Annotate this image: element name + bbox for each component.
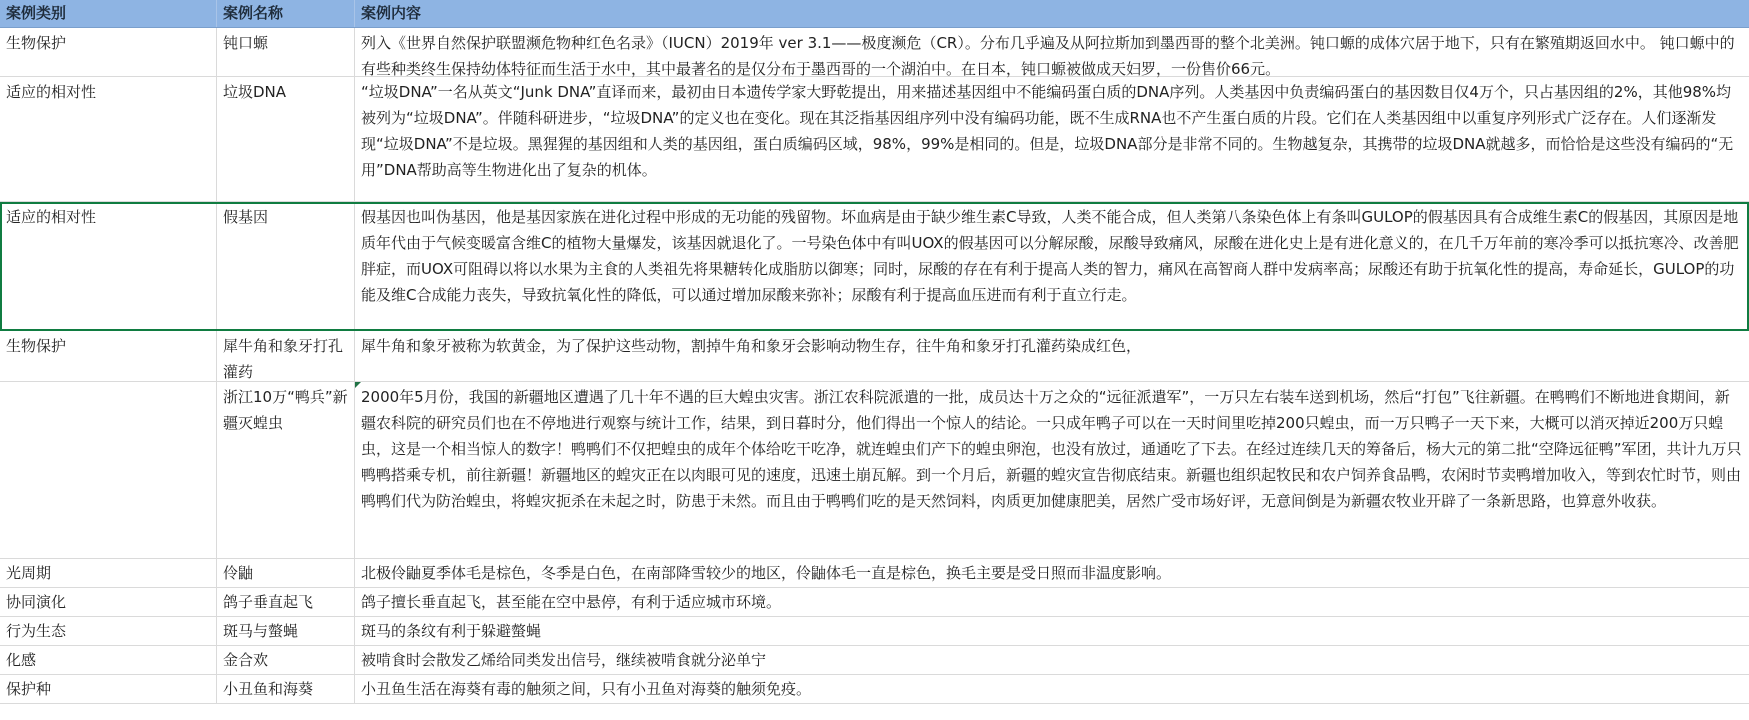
cell-category[interactable]: 适应的相对性 [0, 202, 217, 330]
cell-category[interactable]: 化感 [0, 646, 217, 674]
cell-content[interactable]: “垃圾DNA”一名从英文“Junk DNA”直译而来，最初由日本遗传学家大野乾提… [355, 77, 1749, 201]
cell-category[interactable]: 光周期 [0, 559, 217, 587]
header-cell-name[interactable]: 案例名称 [217, 0, 355, 27]
table-row-selected[interactable]: 适应的相对性 假基因 假基因也叫伪基因，他是基因家族在进化过程中形成的无功能的残… [0, 202, 1749, 331]
cell-name[interactable]: 犀牛角和象牙打孔灌药 [217, 331, 355, 381]
comment-indicator-icon[interactable] [355, 382, 361, 388]
cell-name[interactable]: 金合欢 [217, 646, 355, 674]
spreadsheet-grid: 案例类别 案例名称 案例内容 生物保护 钝口螈 列入《世界自然保护联盟濒危物种红… [0, 0, 1749, 704]
cell-category[interactable]: 保护种 [0, 675, 217, 703]
table-row: 保护种 小丑鱼和海葵 小丑鱼生活在海葵有毒的触须之间，只有小丑鱼对海葵的触须免疫… [0, 675, 1749, 704]
cell-content[interactable]: 列入《世界自然保护联盟濒危物种红色名录》（IUCN）2019年 ver 3.1—… [355, 28, 1749, 76]
cell-content[interactable]: 假基因也叫伪基因，他是基因家族在进化过程中形成的无功能的残留物。坏血病是由于缺少… [355, 202, 1749, 330]
cell-name[interactable]: 钝口螈 [217, 28, 355, 76]
cell-content[interactable]: 被啃食时会散发乙烯给同类发出信号，继续被啃食就分泌单宁 [355, 646, 1749, 674]
cell-content[interactable]: 斑马的条纹有利于躲避螫蝇 [355, 617, 1749, 645]
cell-category[interactable]: 适应的相对性 [0, 77, 217, 201]
cell-name[interactable]: 鸽子垂直起飞 [217, 588, 355, 616]
cell-name[interactable]: 小丑鱼和海葵 [217, 675, 355, 703]
cell-name[interactable]: 浙江10万“鸭兵”新疆灭蝗虫 [217, 382, 355, 558]
cell-content[interactable]: 2000年5月份，我国的新疆地区遭遇了几十年不遇的巨大蝗虫灾害。浙江农科院派遣的… [355, 382, 1749, 558]
cell-content[interactable]: 鸽子擅长垂直起飞，甚至能在空中悬停，有利于适应城市环境。 [355, 588, 1749, 616]
cell-category[interactable]: 协同演化 [0, 588, 217, 616]
table-row: 生物保护 犀牛角和象牙打孔灌药 犀牛角和象牙被称为软黄金，为了保护这些动物，割掉… [0, 331, 1749, 382]
cell-category[interactable]: 生物保护 [0, 331, 217, 381]
header-cell-category[interactable]: 案例类别 [0, 0, 217, 27]
table-row: 行为生态 斑马与螫蝇 斑马的条纹有利于躲避螫蝇 [0, 617, 1749, 646]
cell-name[interactable]: 斑马与螫蝇 [217, 617, 355, 645]
cell-name[interactable]: 垃圾DNA [217, 77, 355, 201]
table-row: 光周期 伶鼬 北极伶鼬夏季体毛是棕色，冬季是白色，在南部降雪较少的地区，伶鼬体毛… [0, 559, 1749, 588]
header-row: 案例类别 案例名称 案例内容 [0, 0, 1749, 28]
table-row: 协同演化 鸽子垂直起飞 鸽子擅长垂直起飞，甚至能在空中悬停，有利于适应城市环境。 [0, 588, 1749, 617]
header-cell-content[interactable]: 案例内容 [355, 0, 1749, 27]
cell-name[interactable]: 伶鼬 [217, 559, 355, 587]
cell-category[interactable]: 生物保护 [0, 28, 217, 76]
cell-content[interactable]: 小丑鱼生活在海葵有毒的触须之间，只有小丑鱼对海葵的触须免疫。 [355, 675, 1749, 703]
table-row: 生物保护 钝口螈 列入《世界自然保护联盟濒危物种红色名录》（IUCN）2019年… [0, 28, 1749, 77]
table-row: 化感 金合欢 被啃食时会散发乙烯给同类发出信号，继续被啃食就分泌单宁 [0, 646, 1749, 675]
table-row: 适应的相对性 垃圾DNA “垃圾DNA”一名从英文“Junk DNA”直译而来，… [0, 77, 1749, 202]
cell-category[interactable] [0, 382, 217, 558]
cell-content[interactable]: 北极伶鼬夏季体毛是棕色，冬季是白色，在南部降雪较少的地区，伶鼬体毛一直是棕色，换… [355, 559, 1749, 587]
cell-content[interactable]: 犀牛角和象牙被称为软黄金，为了保护这些动物，割掉牛角和象牙会影响动物生存，往牛角… [355, 331, 1749, 381]
cell-name[interactable]: 假基因 [217, 202, 355, 330]
cell-category[interactable]: 行为生态 [0, 617, 217, 645]
table-row: 浙江10万“鸭兵”新疆灭蝗虫 2000年5月份，我国的新疆地区遭遇了几十年不遇的… [0, 382, 1749, 559]
